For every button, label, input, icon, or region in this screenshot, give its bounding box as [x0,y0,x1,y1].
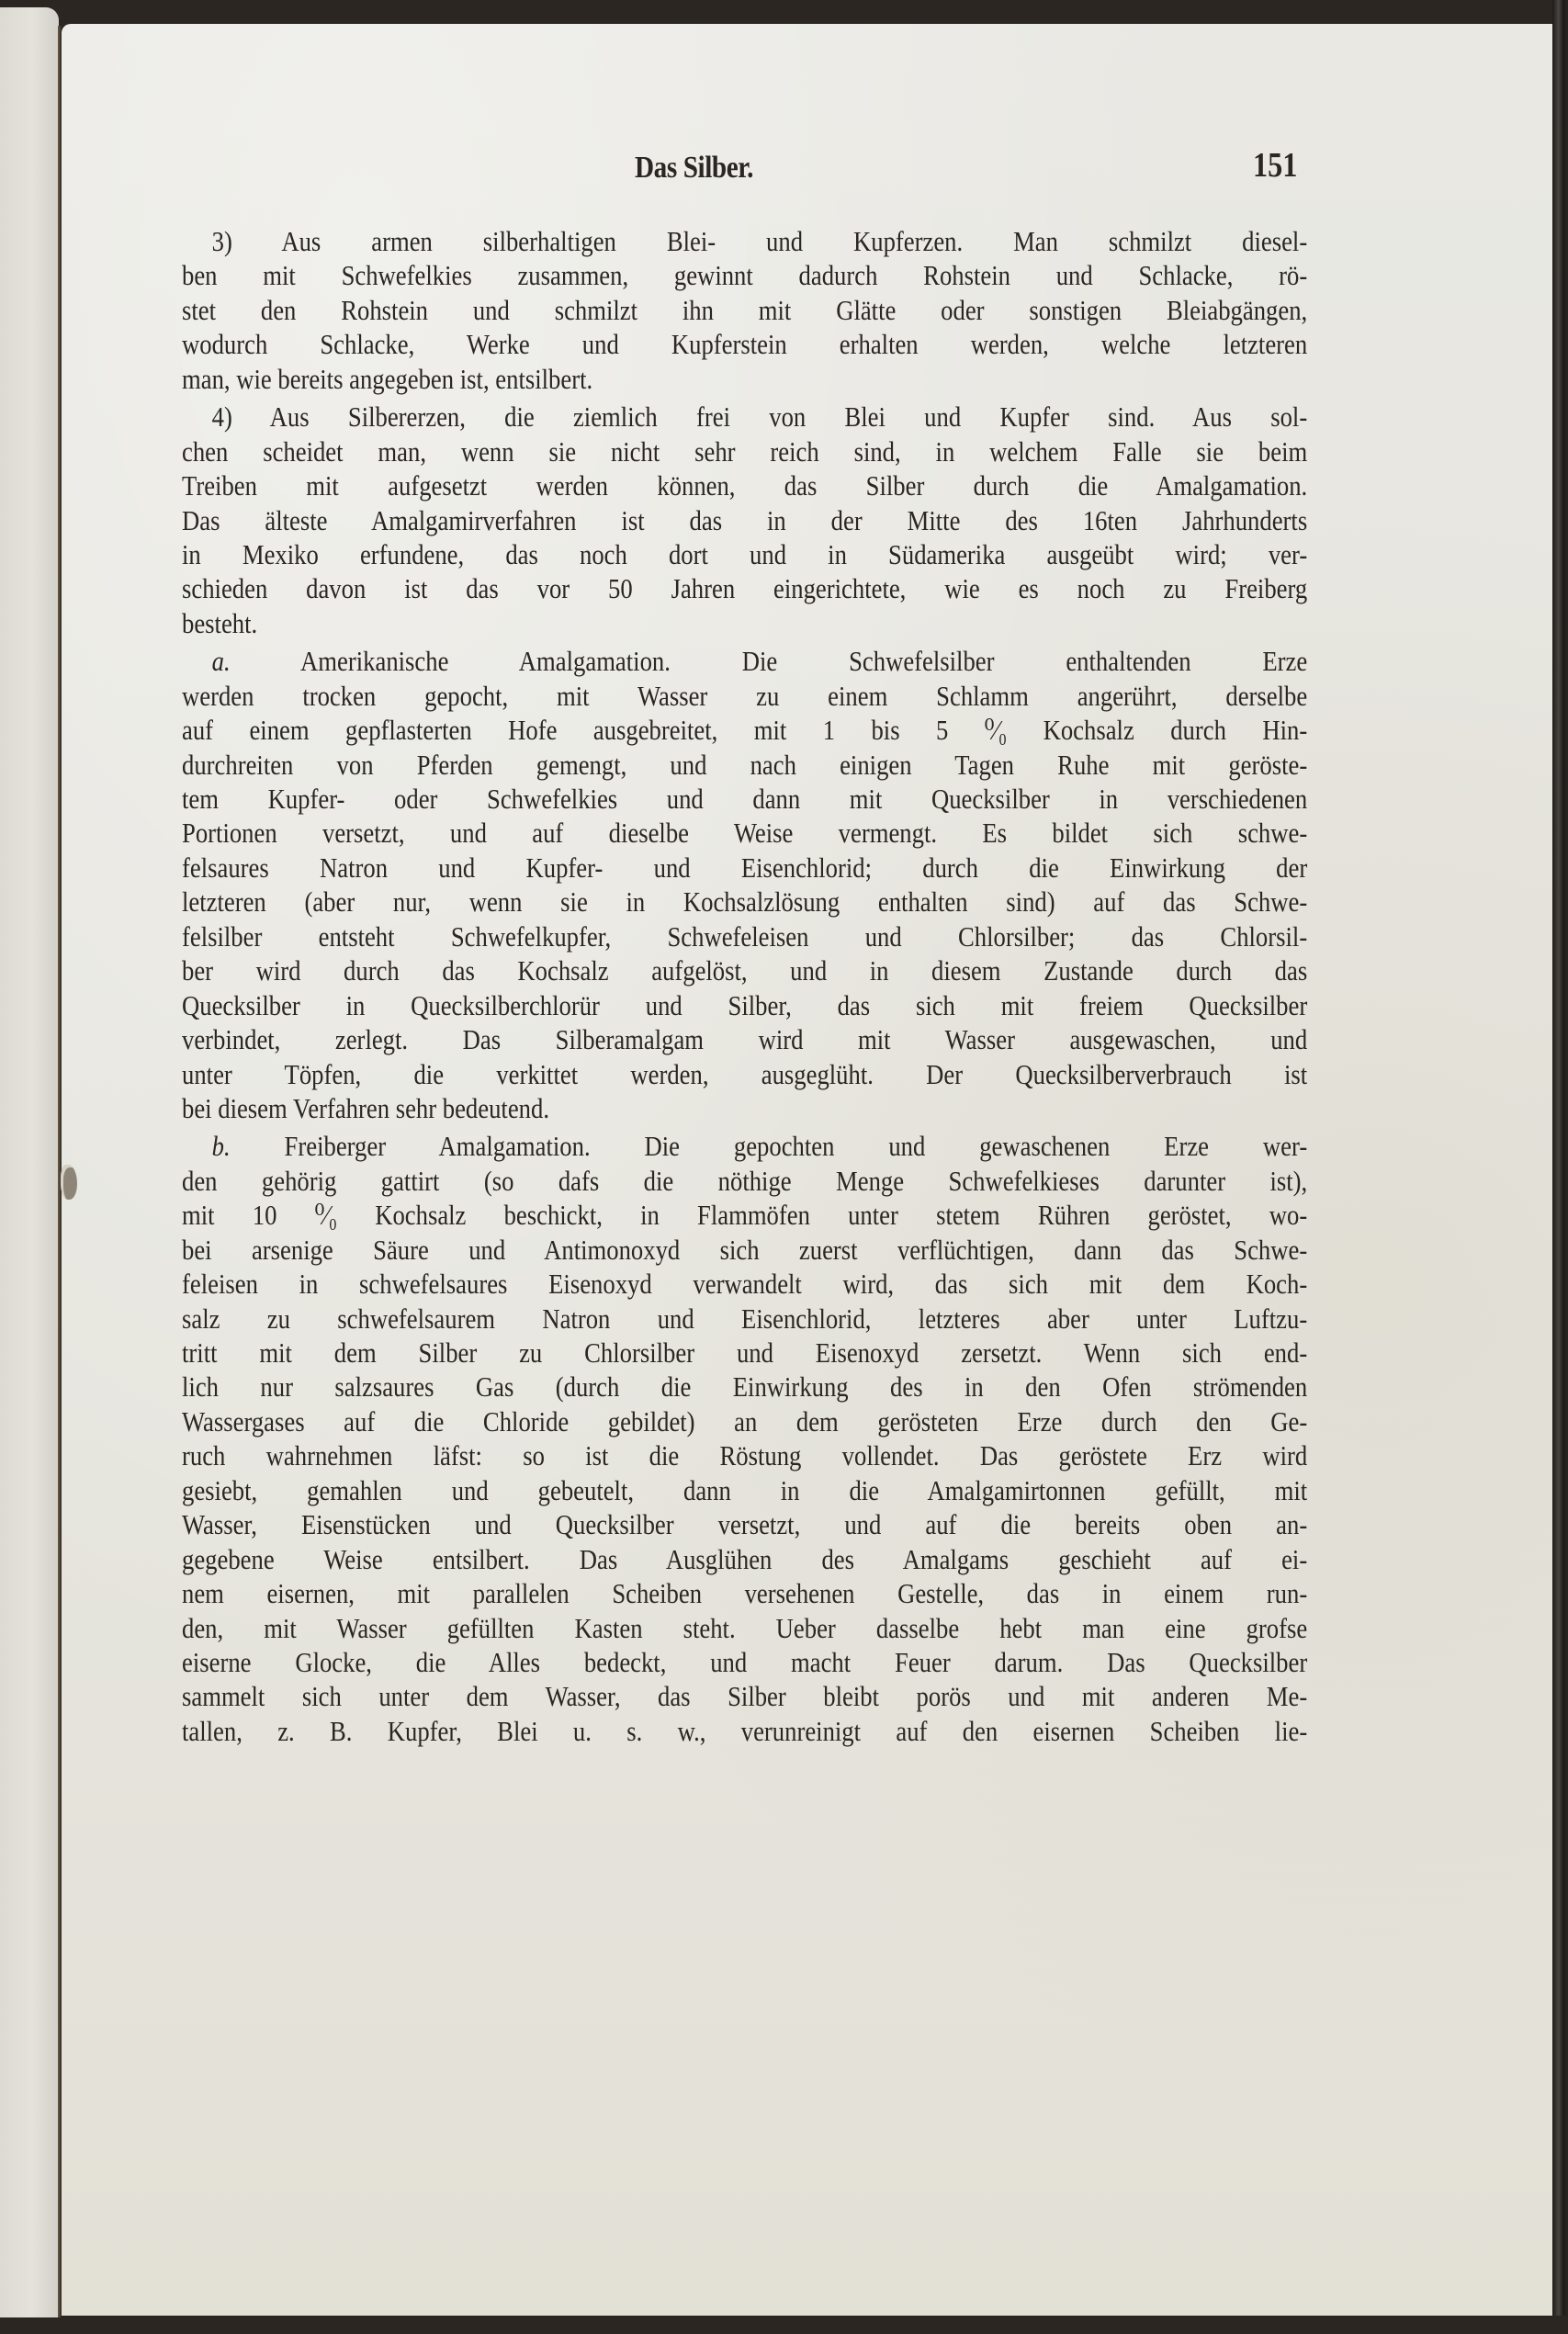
scanner-edge [1552,0,1568,2334]
text-line: Quecksilber in Quecksilberchlorür und Si… [182,988,1307,1022]
text-line: man, wie bereits angegeben ist, entsilbe… [182,362,1307,396]
text-line: Portionen versetzt, und auf dieselbe Wei… [182,816,1307,850]
text-line-content: Freiberger Amalgamation. Die gepochten u… [285,1130,1308,1162]
book-page: Das Silber. 151 3) Aus armen silberhalti… [62,24,1554,2317]
text-line: gegebene Weise entsilbert. Das Ausglühen… [182,1542,1307,1576]
text-line: felsaures Natron und Kupfer- und Eisench… [182,851,1307,885]
text-line: tallen, z. B. Kupfer, Blei u. s. w., ver… [182,1714,1307,1748]
text-line: felsilber entsteht Schwefelkupfer, Schwe… [182,919,1307,953]
paragraph-b-freiberg-amalgamation: b. Freiberger Amalgamation. Die gepochte… [182,1129,1307,1748]
text-line: Wassergases auf die Chloride gebildet) a… [182,1404,1307,1438]
text-line: durchreiten von Pferden gemengt, und nac… [182,748,1307,782]
text-line: a. Amerikanische Amalgamation. Die Schwe… [182,644,1307,678]
paper-tear [61,1165,77,1200]
text-line: in Mexiko erfundene, das noch dort und i… [182,537,1307,571]
text-line: 3) Aus armen silberhaltigen Blei- und Ku… [182,224,1307,258]
text-line: salz zu schwefelsaurem Natron und Eisenc… [182,1302,1307,1336]
text-line: den gehörig gattirt (so dafs die nöthige… [182,1164,1307,1198]
section-marker: a. [212,645,231,677]
text-line: bei diesem Verfahren sehr bedeutend. [182,1091,1307,1125]
text-line: ben mit Schwefelkies zusammen, gewinnt d… [182,258,1307,292]
paragraph-3: 3) Aus armen silberhaltigen Blei- und Ku… [182,224,1307,396]
paragraph-a-american-amalgamation: a. Amerikanische Amalgamation. Die Schwe… [182,644,1307,1125]
text-line: feleisen in schwefelsaures Eisenoxyd ver… [182,1267,1307,1301]
page-bottom-shadow [62,2316,1568,2334]
text-line: werden trocken gepocht, mit Wasser zu ei… [182,679,1307,713]
text-line-content: Amerikanische Amalgamation. Die Schwefel… [300,645,1307,677]
text-line: tem Kupfer- oder Schwefelkies und dann m… [182,782,1307,816]
text-line: tritt mit dem Silber zu Chlorsilber und … [182,1336,1307,1370]
text-line: sammelt sich unter dem Wasser, das Silbe… [182,1679,1307,1713]
text-line: auf einem gepflasterten Hofe ausgebreite… [182,713,1307,747]
text-line: 4) Aus Silbererzen, die ziemlich frei vo… [182,400,1307,434]
text-line: besteht. [182,606,1307,640]
text-line: Das älteste Amalgamirverfahren ist das i… [182,503,1307,537]
text-line: unter Töpfen, die verkittet werden, ausg… [182,1057,1307,1091]
text-line: wodurch Schlacke, Werke und Kupferstein … [182,327,1307,361]
paragraph-4: 4) Aus Silbererzen, die ziemlich frei vo… [182,400,1307,640]
text-line: bei arsenige Säure und Antimonoxyd sich … [182,1233,1307,1267]
text-line: ruch wahrnehmen läfst: so ist die Röstun… [182,1438,1307,1472]
text-line: Treiben mit aufgesetzt werden können, da… [182,468,1307,502]
text-line: eiserne Glocke, die Alles bedeckt, und m… [182,1645,1307,1679]
text-line: schieden davon ist das vor 50 Jahren ein… [182,571,1307,605]
text-line: verbindet, zerlegt. Das Silberamalgam wi… [182,1022,1307,1056]
facing-page-edge [0,7,59,2317]
text-line: nem eisernen, mit parallelen Scheiben ve… [182,1576,1307,1610]
text-line: b. Freiberger Amalgamation. Die gepochte… [182,1129,1307,1163]
body-text: 3) Aus armen silberhaltigen Blei- und Ku… [182,224,1307,1748]
text-line: chen scheidet man, wenn sie nicht sehr r… [182,434,1307,468]
page-number: 151 [1253,145,1297,186]
page-header: Das Silber. 151 [62,151,1554,197]
running-title: Das Silber. [635,151,753,186]
text-line: Wasser, Eisenstücken und Quecksilber ver… [182,1507,1307,1541]
section-marker: b. [212,1130,231,1162]
text-line: gesiebt, gemahlen und gebeutelt, dann in… [182,1473,1307,1507]
text-line: lich nur salzsaures Gas (durch die Einwi… [182,1370,1307,1404]
text-line: mit 10 ⁰⁄₀ Kochsalz beschickt, in Flammö… [182,1198,1307,1232]
text-line: letzteren (aber nur, wenn sie in Kochsal… [182,885,1307,919]
text-line: stet den Rohstein und schmilzt ihn mit G… [182,293,1307,327]
text-line: ber wird durch das Kochsalz aufgelöst, u… [182,953,1307,987]
text-line: den, mit Wasser gefüllten Kasten steht. … [182,1611,1307,1645]
